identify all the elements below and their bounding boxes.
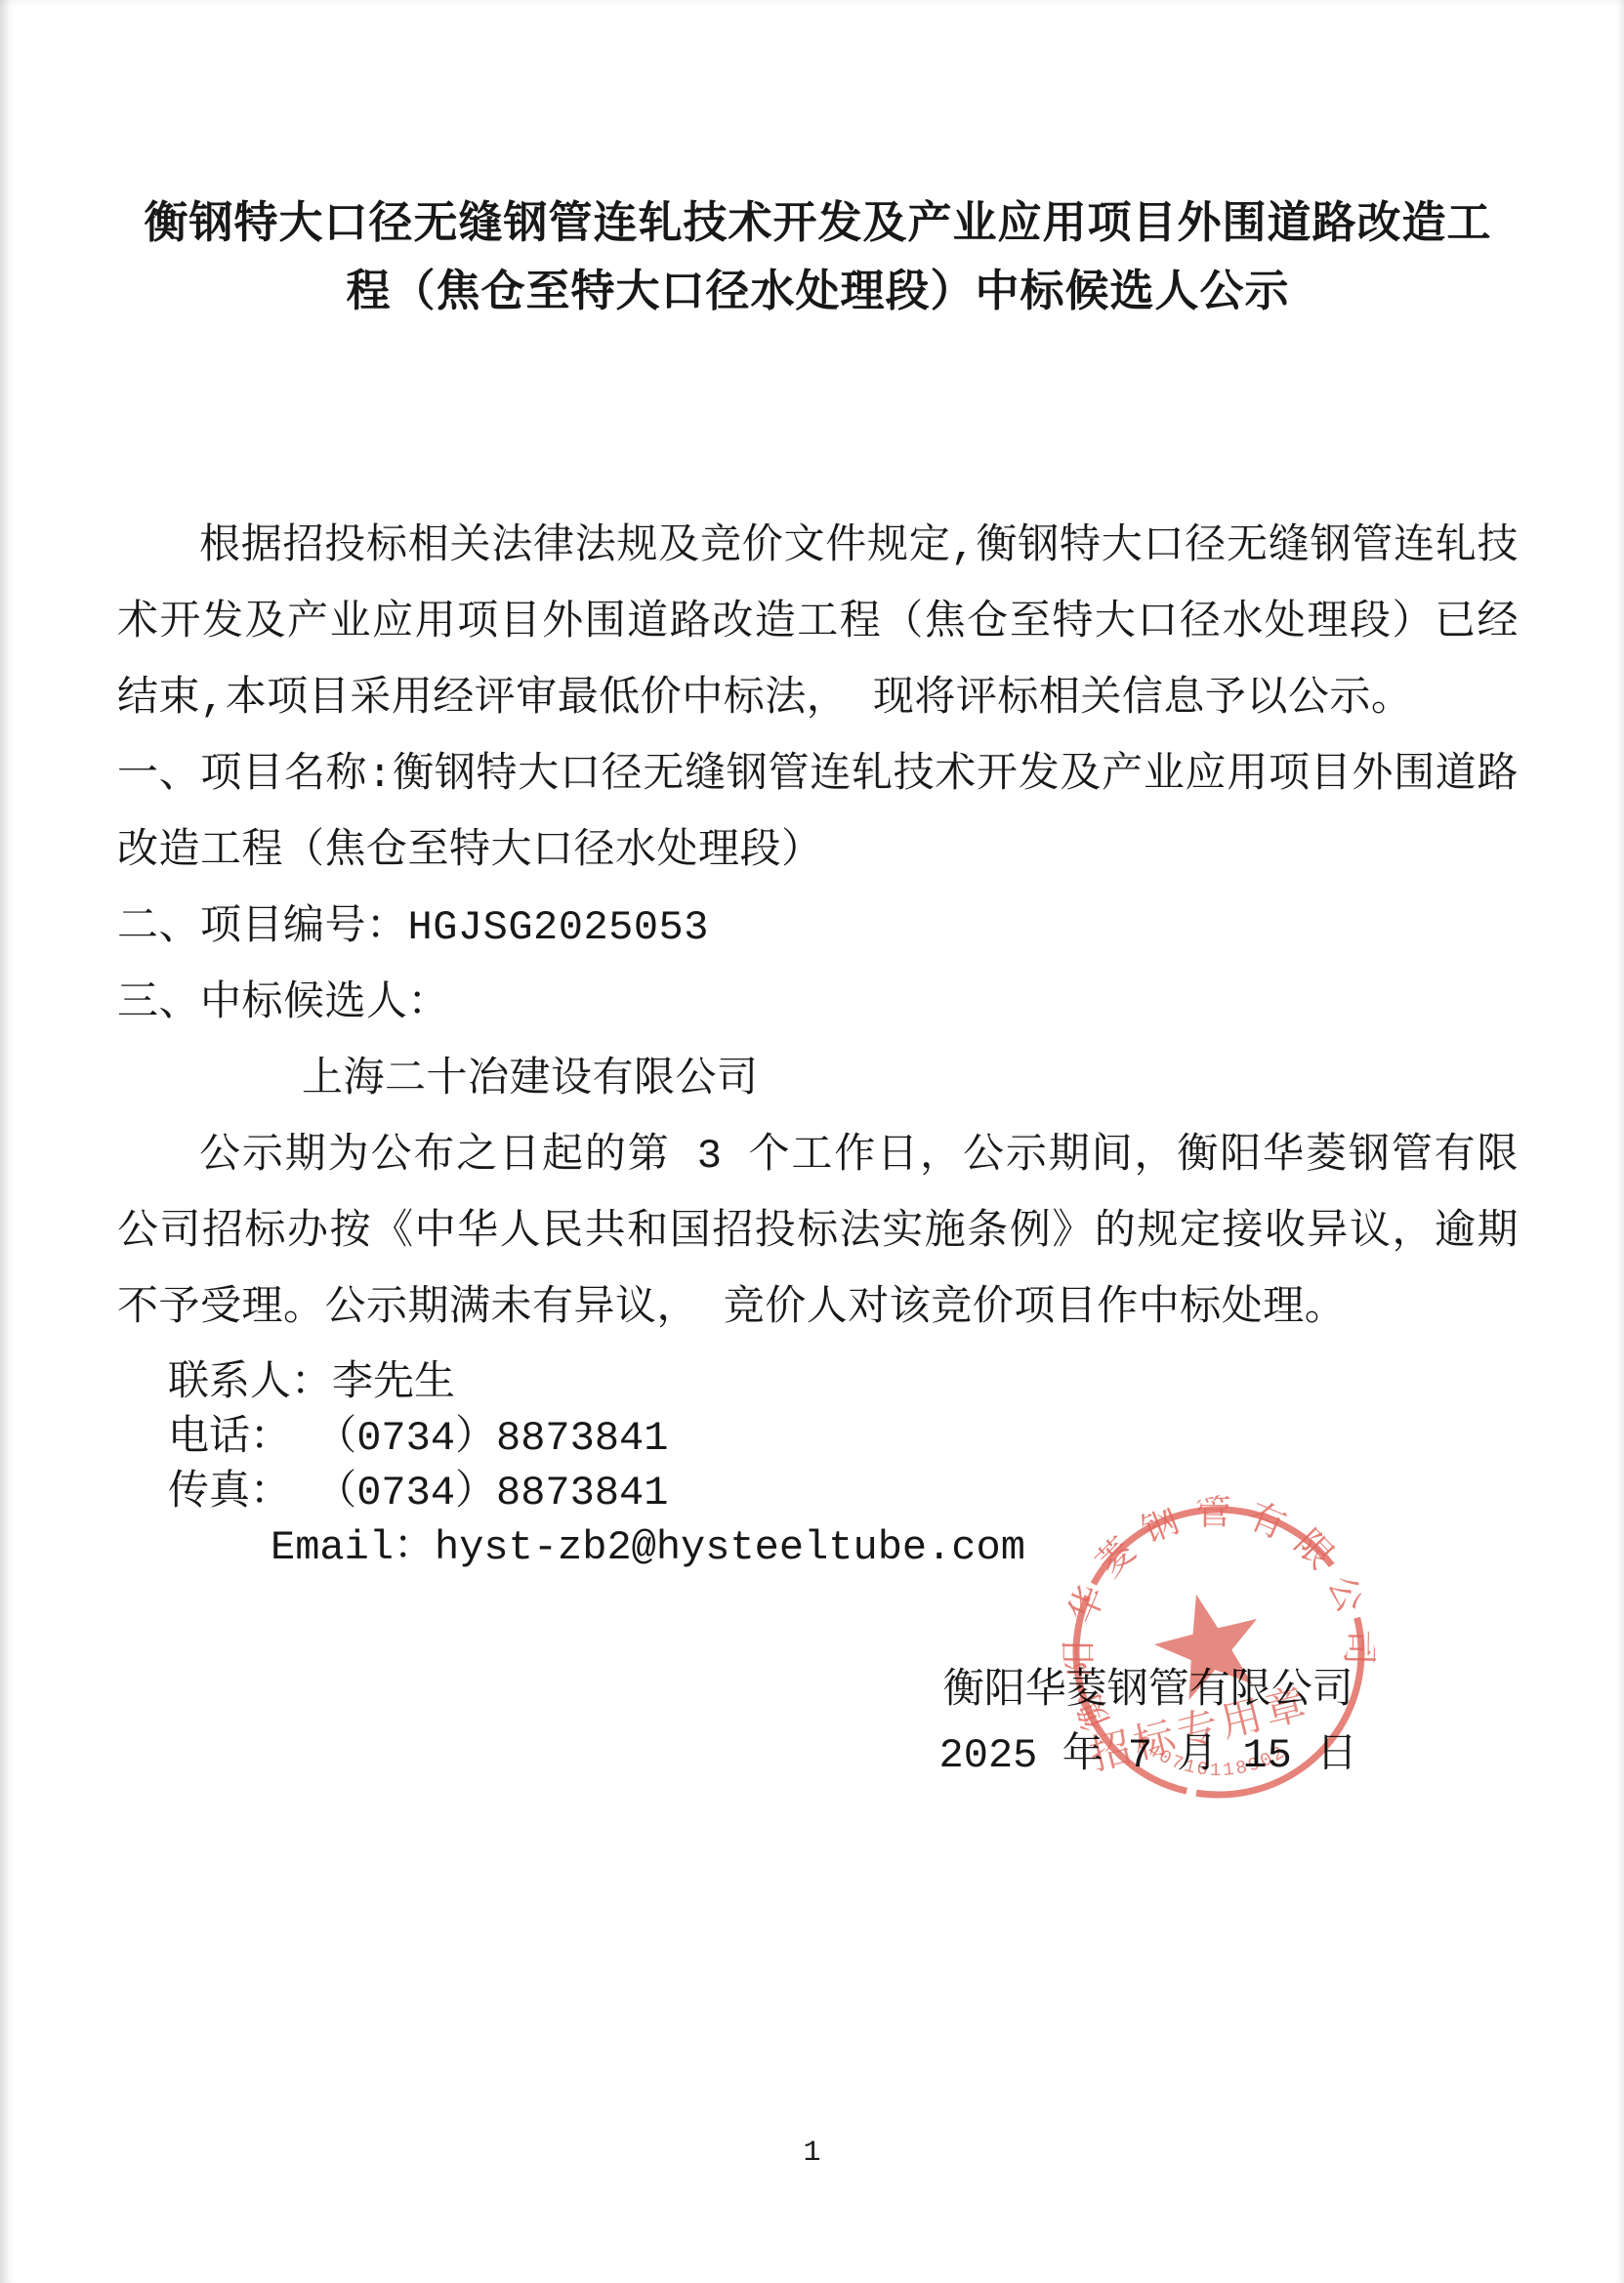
contact-fax: 传真： （0734）8873841 [168,1470,668,1516]
title-line-2: 程（焦仓至特大口径水处理段）中标候选人公示 [117,261,1519,329]
signature-company: 衡阳华菱钢管有限公司 [939,1659,1357,1723]
item-candidates-label: 三、中标候选人： [117,980,449,1027]
document-page: 衡钢特大口径无缝钢管连轧技术开发及产业应用项目外围道路改造工 程（焦仓至特大口径… [0,0,1624,2283]
candidate-name: 上海二十冶建设有限公司 [117,1042,1519,1118]
item-project-number-value: HGJSG2025053 [408,904,709,951]
contact-person: 联系人：李先生 [168,1356,1519,1411]
contact-phone: 电话： （0734）8873841 [168,1411,1519,1466]
contact-block: 联系人：李先生 电话： （0734）8873841 传真： （0734）8873… [117,1356,1519,1575]
item-project-number-label: 二、项目编号： [117,904,408,951]
item-project-name: 一、项目名称:衡钢特大口径无缝钢管连轧技术开发及产业应用项目外围道路改造工程（焦… [117,737,1519,890]
document-title: 衡钢特大口径无缝钢管连轧技术开发及产业应用项目外围道路改造工 程（焦仓至特大口径… [117,192,1519,329]
item-project-name-label: 一、项目名称: [117,752,393,799]
item-candidates-heading: 三、中标候选人： [117,966,1519,1042]
contact-fax-row: 传真： （0734）8873841Email：hyst-zb2@hysteelt… [168,1466,1519,1575]
title-line-1: 衡钢特大口径无缝钢管连轧技术开发及产业应用项目外围道路改造工 [117,192,1519,261]
contact-email: Email：hyst-zb2@hysteeltube.com [271,1520,1025,1575]
intro-paragraph: 根据招投标相关法律法规及竞价文件规定,衡钢特大口径无缝钢管连轧技术开发及产业应用… [117,509,1519,737]
item-project-number: 二、项目编号：HGJSG2025053 [117,890,1519,966]
signature-date: 2025 年 7 月 15 日 [939,1723,1357,1788]
signature-block: 衡阳华菱钢管有限公司 2025 年 7 月 15 日 [939,1659,1357,1788]
notice-paragraph: 公示期为公布之日起的第 3 个工作日，公示期间，衡阳华菱钢管有限公司招标办按《中… [117,1118,1519,1347]
page-number: 1 [803,2137,820,2170]
